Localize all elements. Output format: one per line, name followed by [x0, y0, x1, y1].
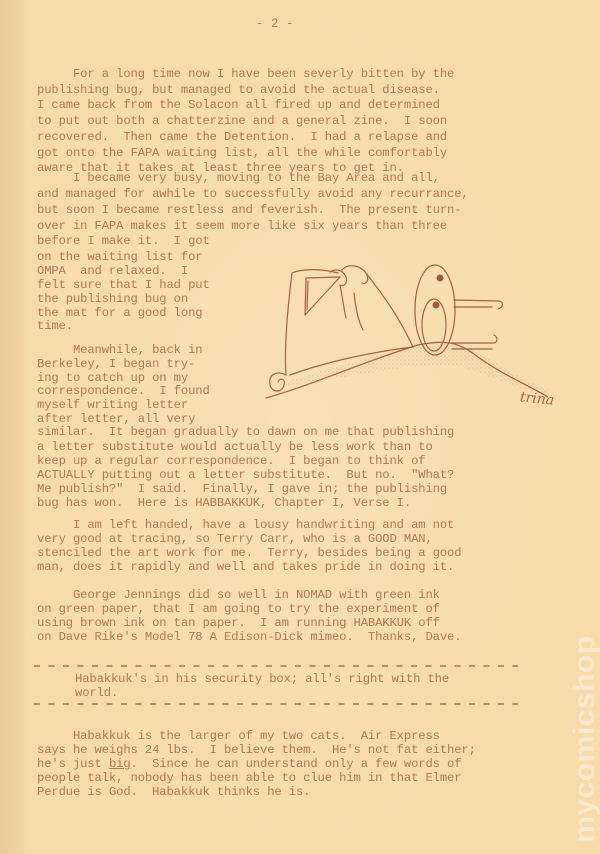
- watermark-text: mycomicshop: [568, 635, 600, 842]
- zine-page: - 2 - For a long time now I have been se…: [0, 0, 600, 854]
- text-line: publishing bug, but managed to avoid the…: [37, 83, 440, 99]
- artist-signature: trina: [519, 389, 555, 408]
- text-line: bug has won. Here is HABBAKKUK, Chapter …: [37, 496, 411, 512]
- page-number: - 2 -: [256, 17, 294, 31]
- text-line: Perdue is God. Habakkuk thinks he is.: [37, 785, 310, 801]
- text-line: time.: [37, 319, 73, 335]
- cat-illustration: [248, 235, 548, 415]
- text-line: For a long time now I have been severly …: [37, 67, 454, 83]
- text-line: I became very busy, moving to the Bay Ar…: [37, 171, 440, 187]
- text-line: to put out both a chatterzine and a gene…: [37, 114, 447, 130]
- text-line: similar. It began gradually to dawn on m…: [37, 425, 454, 441]
- text-line: world.: [75, 686, 118, 702]
- emphasis-big: big: [109, 757, 131, 771]
- text-line: Habakkuk's in his security box; all's ri…: [75, 672, 449, 688]
- text-line: man, does it rapidly and well and takes …: [37, 560, 454, 576]
- text-line: on Dave Rike's Model 78 A Edison-Dick mi…: [37, 630, 461, 646]
- text-line: and managed for awhile to successfully a…: [37, 187, 469, 203]
- dashed-rule-top: [34, 665, 518, 667]
- dashed-rule-bottom: [34, 703, 518, 705]
- text-line: recovered. Then came the Detention. I ha…: [37, 130, 447, 146]
- text-line: but soon I became restless and feverish.…: [37, 203, 461, 219]
- watermark: mycomicshop: [568, 625, 600, 853]
- text-line: over in FAPA makes it seem more like six…: [37, 219, 447, 235]
- text-line: I came back from the Solacon all fired u…: [37, 98, 440, 114]
- text-line: got onto the FAPA waiting list, all the …: [37, 146, 447, 162]
- text-line: before I make it. I got: [37, 234, 210, 250]
